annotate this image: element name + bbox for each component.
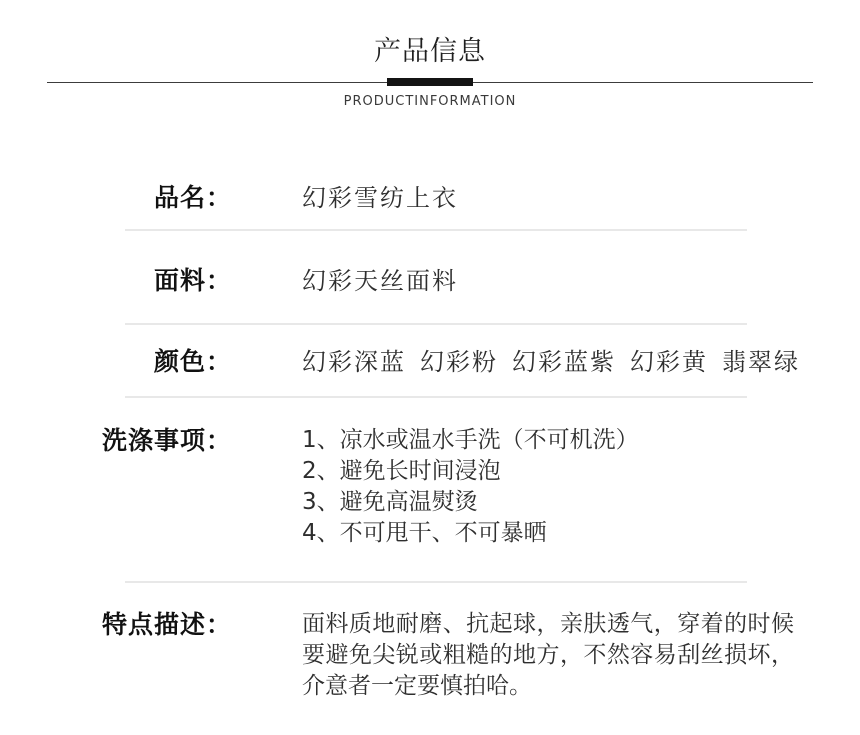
row-divider: [125, 229, 747, 231]
features-label: 特点描述：: [0, 609, 232, 640]
color-option: 幻彩黄: [630, 348, 708, 376]
title-divider-accent: [387, 78, 473, 86]
washing-steps: 1、凉水或温水手洗（不可机洗）2、避免长时间浸泡3、避免高温熨烫4、不可甩干、不…: [302, 425, 639, 549]
row-color: 颜色： 幻彩深蓝幻彩粉幻彩蓝紫幻彩黄翡翠绿: [0, 345, 860, 379]
header: 产品信息 PRODUCTINFORMATION: [0, 36, 860, 109]
feature-text: 面料质地耐磨、抗起球，亲肤透气，穿着的时候要避免尖锐或粗糙的地方，不然容易刮丝损…: [302, 609, 794, 702]
row-divider: [125, 323, 747, 325]
color-option: 幻彩深蓝: [302, 348, 406, 376]
row-divider: [125, 396, 747, 398]
wash-step: 1、凉水或温水手洗（不可机洗）: [302, 425, 639, 456]
color-option: 幻彩蓝紫: [512, 348, 616, 376]
title-divider: [47, 82, 813, 83]
row-product-name: 品名： 幻彩雪纺上衣: [0, 181, 860, 215]
page-title: 产品信息: [0, 36, 860, 67]
row-divider: [125, 581, 747, 583]
wash-step: 4、不可甩干、不可暴晒: [302, 518, 639, 549]
wash-step: 3、避免高温熨烫: [302, 487, 639, 518]
page-subtitle: PRODUCTINFORMATION: [0, 94, 860, 109]
row-washing: 洗涤事项： 1、凉水或温水手洗（不可机洗）2、避免长时间浸泡3、避免高温熨烫4、…: [0, 425, 860, 549]
color-option: 幻彩粉: [420, 348, 498, 376]
washing-label: 洗涤事项：: [0, 425, 232, 456]
row-features: 特点描述： 面料质地耐磨、抗起球，亲肤透气，穿着的时候要避免尖锐或粗糙的地方，不…: [0, 609, 860, 702]
product-name-value: 幻彩雪纺上衣: [302, 181, 458, 215]
row-fabric: 面料： 幻彩天丝面料: [0, 264, 860, 298]
fabric-value: 幻彩天丝面料: [302, 264, 458, 298]
fabric-label: 面料：: [0, 264, 232, 298]
color-values: 幻彩深蓝幻彩粉幻彩蓝紫幻彩黄翡翠绿: [302, 345, 800, 379]
spec-table: 品名： 幻彩雪纺上衣 面料： 幻彩天丝面料 颜色： 幻彩深蓝幻彩粉幻彩蓝紫幻彩黄…: [0, 181, 860, 702]
product-name-label: 品名：: [0, 181, 232, 215]
product-info-page: 产品信息 PRODUCTINFORMATION 品名： 幻彩雪纺上衣 面料： 幻…: [0, 0, 860, 735]
color-label: 颜色：: [0, 345, 232, 379]
wash-step: 2、避免长时间浸泡: [302, 456, 639, 487]
color-option: 翡翠绿: [722, 348, 800, 376]
